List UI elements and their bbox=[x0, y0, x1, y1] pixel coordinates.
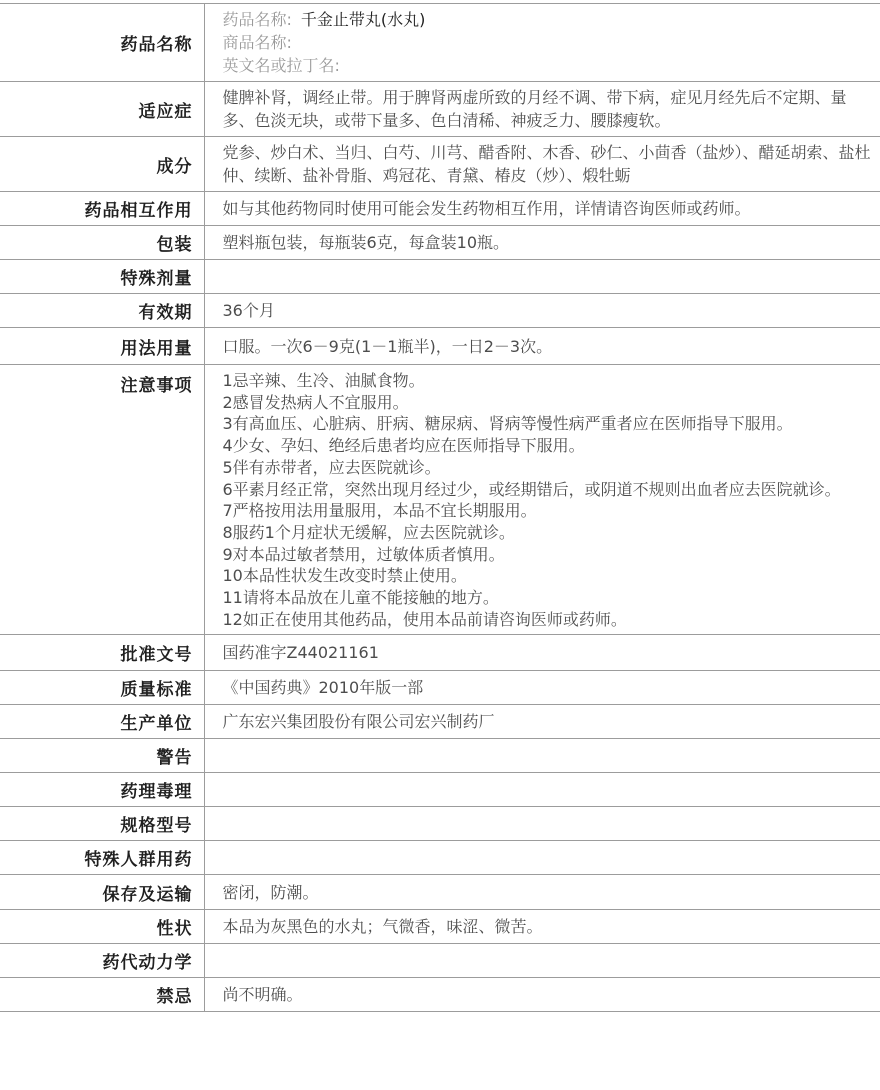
english-name-line: 英文名或拉丁名: bbox=[223, 54, 873, 77]
packaging-value: 塑料瓶包装，每瓶装6克，每盒装10瓶。 bbox=[204, 226, 880, 260]
contraindications-value: 尚不明确。 bbox=[204, 978, 880, 1012]
ingredients-value: 党参、炒白术、当归、白芍、川芎、醋香附、木香、砂仁、小茴香（盐炒）、醋延胡索、盐… bbox=[204, 137, 880, 192]
row-properties: 性状 本品为灰黑色的水丸；气微香，味涩、微苦。 bbox=[0, 910, 880, 944]
row-pharmacology: 药理毒理 bbox=[0, 773, 880, 807]
properties-value: 本品为灰黑色的水丸；气微香，味涩、微苦。 bbox=[204, 910, 880, 944]
drug-info-page: 药品名称 药品名称:千金止带丸(水丸) 商品名称: 英文名或拉丁名: 适应症 健… bbox=[0, 0, 880, 1090]
specification-value bbox=[204, 807, 880, 841]
drug-name-value: 药品名称:千金止带丸(水丸) 商品名称: 英文名或拉丁名: bbox=[204, 4, 880, 82]
row-special-population: 特殊人群用药 bbox=[0, 841, 880, 875]
row-quality-standard: 质量标准 《中国药典》2010年版一部 bbox=[0, 671, 880, 705]
row-pharmacokinetics: 药代动力学 bbox=[0, 944, 880, 978]
contraindications-label: 禁忌 bbox=[0, 978, 204, 1012]
row-contraindications: 禁忌 尚不明确。 bbox=[0, 978, 880, 1012]
row-warning: 警告 bbox=[0, 739, 880, 773]
row-packaging: 包装 塑料瓶包装，每瓶装6克，每盒装10瓶。 bbox=[0, 226, 880, 260]
special-dosage-label: 特殊剂量 bbox=[0, 260, 204, 294]
validity-value: 36个月 bbox=[204, 294, 880, 328]
interactions-value: 如与其他药物同时使用可能会发生药物相互作用，详情请咨询医师或药师。 bbox=[204, 192, 880, 226]
quality-standard-label: 质量标准 bbox=[0, 671, 204, 705]
row-drug-name: 药品名称 药品名称:千金止带丸(水丸) 商品名称: 英文名或拉丁名: bbox=[0, 4, 880, 82]
usage-value: 口服。一次6－9克(1－1瓶半)，一日2－3次。 bbox=[204, 328, 880, 365]
pharmacology-label: 药理毒理 bbox=[0, 773, 204, 807]
storage-value: 密闭，防潮。 bbox=[204, 875, 880, 910]
row-usage: 用法用量 口服。一次6－9克(1－1瓶半)，一日2－3次。 bbox=[0, 328, 880, 365]
usage-label: 用法用量 bbox=[0, 328, 204, 365]
approval-no-label: 批准文号 bbox=[0, 635, 204, 671]
storage-label: 保存及运输 bbox=[0, 875, 204, 910]
row-approval-no: 批准文号 国药准字Z44021161 bbox=[0, 635, 880, 671]
indications-value: 健脾补肾，调经止带。用于脾肾两虚所致的月经不调、带下病，症见月经先后不定期、量多… bbox=[204, 82, 880, 137]
approval-no-value: 国药准字Z44021161 bbox=[204, 635, 880, 671]
row-special-dosage: 特殊剂量 bbox=[0, 260, 880, 294]
drug-name-label: 药品名称 bbox=[0, 4, 204, 82]
ingredients-label: 成分 bbox=[0, 137, 204, 192]
generic-name-field-label: 药品名称: bbox=[223, 10, 292, 29]
trade-name-field-label: 商品名称: bbox=[223, 33, 292, 52]
generic-name-field-value: 千金止带丸(水丸) bbox=[301, 10, 426, 29]
pharmacokinetics-value bbox=[204, 944, 880, 978]
precautions-label: 注意事项 bbox=[0, 365, 204, 635]
row-specification: 规格型号 bbox=[0, 807, 880, 841]
packaging-label: 包装 bbox=[0, 226, 204, 260]
row-validity: 有效期 36个月 bbox=[0, 294, 880, 328]
generic-name-line: 药品名称:千金止带丸(水丸) bbox=[223, 8, 873, 31]
manufacturer-label: 生产单位 bbox=[0, 705, 204, 739]
quality-standard-value: 《中国药典》2010年版一部 bbox=[204, 671, 880, 705]
row-storage: 保存及运输 密闭，防潮。 bbox=[0, 875, 880, 910]
row-manufacturer: 生产单位 广东宏兴集团股份有限公司宏兴制药厂 bbox=[0, 705, 880, 739]
pharmacokinetics-label: 药代动力学 bbox=[0, 944, 204, 978]
special-population-value bbox=[204, 841, 880, 875]
trade-name-line: 商品名称: bbox=[223, 31, 873, 54]
validity-label: 有效期 bbox=[0, 294, 204, 328]
properties-label: 性状 bbox=[0, 910, 204, 944]
indications-label: 适应症 bbox=[0, 82, 204, 137]
row-indications: 适应症 健脾补肾，调经止带。用于脾肾两虚所致的月经不调、带下病，症见月经先后不定… bbox=[0, 82, 880, 137]
pharmacology-value bbox=[204, 773, 880, 807]
drug-info-table: 药品名称 药品名称:千金止带丸(水丸) 商品名称: 英文名或拉丁名: 适应症 健… bbox=[0, 3, 880, 1012]
interactions-label: 药品相互作用 bbox=[0, 192, 204, 226]
row-interactions: 药品相互作用 如与其他药物同时使用可能会发生药物相互作用，详情请咨询医师或药师。 bbox=[0, 192, 880, 226]
row-ingredients: 成分 党参、炒白术、当归、白芍、川芎、醋香附、木香、砂仁、小茴香（盐炒）、醋延胡… bbox=[0, 137, 880, 192]
warning-value bbox=[204, 739, 880, 773]
row-precautions: 注意事项 1忌辛辣、生冷、油腻食物。 2感冒发热病人不宜服用。 3有高血压、心脏… bbox=[0, 365, 880, 635]
special-population-label: 特殊人群用药 bbox=[0, 841, 204, 875]
english-name-field-label: 英文名或拉丁名: bbox=[223, 56, 340, 75]
precautions-value: 1忌辛辣、生冷、油腻食物。 2感冒发热病人不宜服用。 3有高血压、心脏病、肝病、… bbox=[204, 365, 880, 635]
warning-label: 警告 bbox=[0, 739, 204, 773]
specification-label: 规格型号 bbox=[0, 807, 204, 841]
special-dosage-value bbox=[204, 260, 880, 294]
manufacturer-value: 广东宏兴集团股份有限公司宏兴制药厂 bbox=[204, 705, 880, 739]
